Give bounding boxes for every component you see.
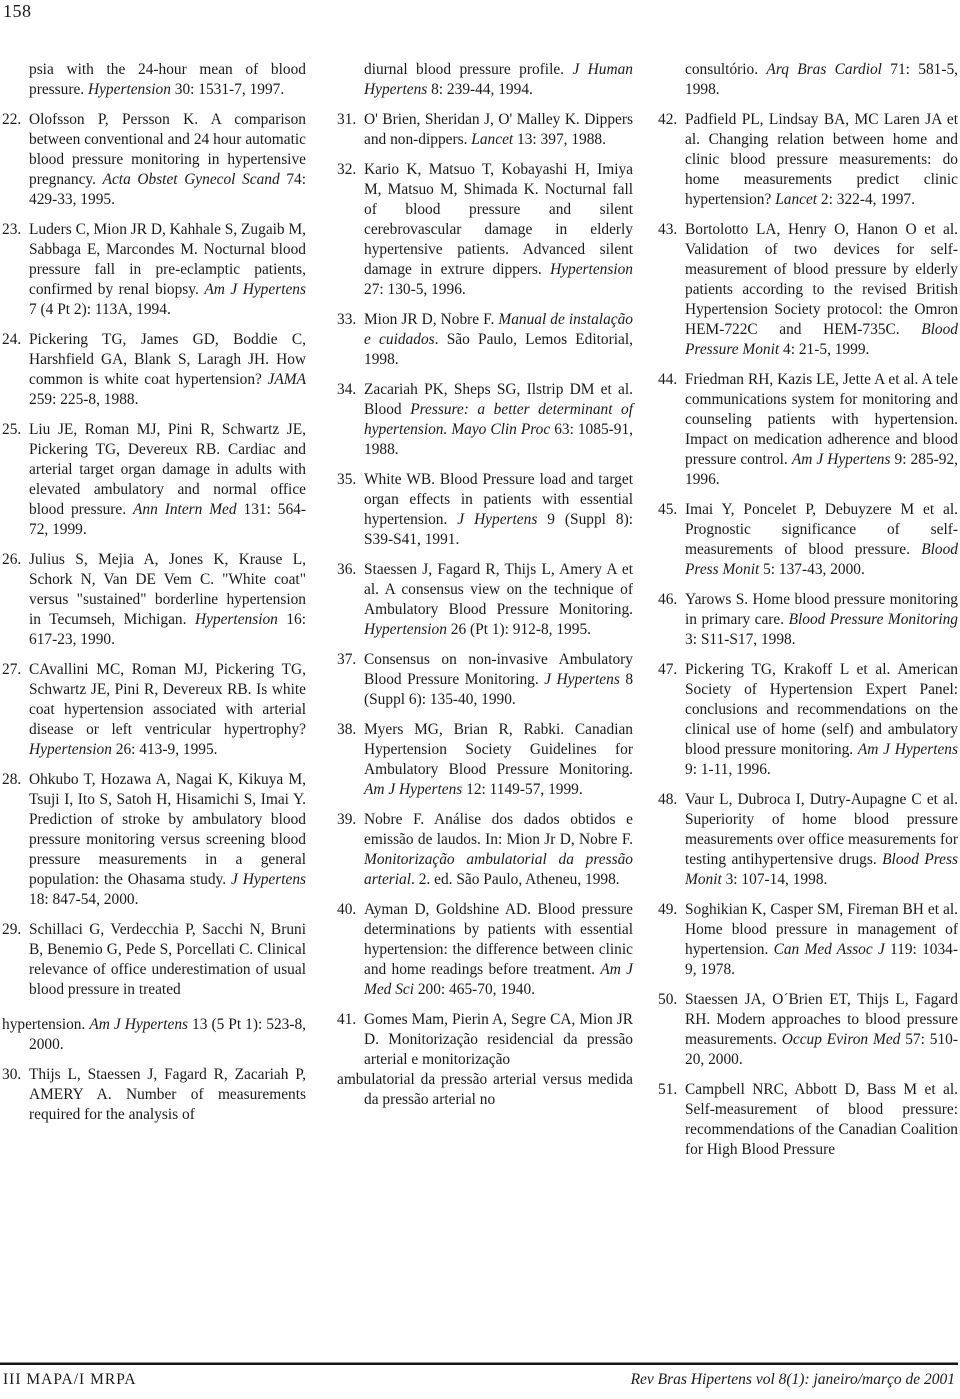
reference-journal-italic: Lancet	[471, 131, 513, 148]
reference-number: 37.	[337, 650, 364, 670]
reference-number: 28.	[2, 770, 29, 790]
reference-item: 40.Ayman D, Goldshine AD. Blood pressure…	[337, 900, 633, 1000]
reference-text: Ayman D, Goldshine AD. Blood pressure de…	[364, 901, 633, 978]
reference-number: 47.	[658, 660, 685, 680]
reference-journal-italic: Am J Hypertens	[792, 451, 891, 468]
reference-journal-italic: Lancet	[775, 191, 817, 208]
reference-number: 43.	[658, 220, 685, 240]
reference-text: 13: 397, 1988.	[513, 131, 606, 148]
reference-number: 31.	[337, 110, 364, 130]
reference-text: Pickering TG, James GD, Boddie C, Harshf…	[29, 331, 306, 388]
reference-number: 36.	[337, 560, 364, 580]
reference-journal-italic: Can Med Assoc J	[774, 941, 885, 958]
reference-text: 2: 322-4, 1997.	[817, 191, 915, 208]
reference-item: 34.Zacariah PK, Sheps SG, Ilstrip DM et …	[337, 380, 633, 460]
reference-number: 23.	[2, 220, 29, 240]
reference-text: Gomes Mam, Pierin A, Segre CA, Mion JR D…	[364, 1011, 633, 1068]
reference-text: Mion JR D, Nobre F.	[364, 311, 498, 328]
reference-number: 29.	[2, 920, 29, 940]
reference-text: CAvallini MC, Roman MJ, Pickering TG, Sc…	[29, 661, 306, 738]
reference-journal-italic: Hypertension	[364, 621, 447, 638]
reference-item: 38.Myers MG, Brian R, Rabki. Canadian Hy…	[337, 720, 633, 800]
reference-item: 43.Bortolotto LA, Henry O, Hanon O et al…	[658, 220, 958, 360]
reference-number: 32.	[337, 160, 364, 180]
reference-number: 40.	[337, 900, 364, 920]
reference-journal-italic: Hypertension	[550, 261, 633, 278]
reference-item: 49.Soghikian K, Casper SM, Fireman BH et…	[658, 900, 958, 980]
reference-number: 30.	[2, 1065, 29, 1085]
reference-text: Thijs L, Staessen J, Fagard R, Zacariah …	[29, 1066, 306, 1123]
reference-journal-italic: JAMA	[268, 371, 306, 388]
reference-number: 42.	[658, 110, 685, 130]
reference-journal-italic: Hypertension	[195, 611, 278, 628]
reference-journal-italic: Occup Eviron Med	[782, 1031, 901, 1048]
reference-item: 33.Mion JR D, Nobre F. Manual de instala…	[337, 310, 633, 370]
reference-number: 44.	[658, 370, 685, 390]
reference-item: 32.Kario K, Matsuo T, Kobayashi H, Imiya…	[337, 160, 633, 300]
reference-item: 50.Staessen JA, O´Brien ET, Thijs L, Fag…	[658, 990, 958, 1070]
reference-journal-italic: Acta Obstet Gynecol Scand	[103, 171, 280, 188]
reference-number: 26.	[2, 550, 29, 570]
reference-item: 23.Luders C, Mion JR D, Kahhale S, Zugai…	[2, 220, 306, 320]
reference-text: 27: 130-5, 1996.	[364, 281, 466, 298]
reference-journal-italic: J Hypertens	[544, 671, 620, 688]
reference-number: 33.	[337, 310, 364, 330]
reference-item: 24.Pickering TG, James GD, Boddie C, Har…	[2, 330, 306, 410]
reference-item: 37.Consensus on non-invasive Ambulatory …	[337, 650, 633, 710]
reference-item: consultório. Arq Bras Cardiol 71: 581-5,…	[658, 60, 958, 100]
reference-journal-italic: Hypertension	[88, 81, 171, 98]
reference-item: 51.Campbell NRC, Abbott D, Bass M et al.…	[658, 1080, 958, 1160]
reference-item: 27.CAvallini MC, Roman MJ, Pickering TG,…	[2, 660, 306, 760]
reference-text: 4: 21-5, 1999.	[779, 341, 869, 358]
reference-text: 259: 225-8, 1988.	[29, 391, 138, 408]
reference-text: Nobre F. Análise dos dados obtidos e emi…	[364, 811, 633, 848]
reference-journal-italic: J Hypertens	[457, 511, 537, 528]
reference-number: 49.	[658, 900, 685, 920]
reference-item: 47.Pickering TG, Krakoff L et al. Americ…	[658, 660, 958, 780]
reference-text: Bortolotto LA, Henry O, Hanon O et al. V…	[685, 221, 958, 338]
reference-text: ambulatorial da pressão arterial versus …	[337, 1071, 633, 1108]
reference-item: 36.Staessen J, Fagard R, Thijs L, Amery …	[337, 560, 633, 640]
reference-text: Imai Y, Poncelet P, Debuyzere M et al. P…	[685, 501, 958, 558]
reference-number: 35.	[337, 470, 364, 490]
reference-text: 30: 1531-7, 1997.	[171, 81, 284, 98]
reference-number: 34.	[337, 380, 364, 400]
reference-item: 41.Gomes Mam, Pierin A, Segre CA, Mion J…	[337, 1010, 633, 1070]
reference-item: 26.Julius S, Mejia A, Jones K, Krause L,…	[2, 550, 306, 650]
footer-document-title: III MAPA/I MRPA	[3, 1371, 137, 1389]
page-number: 158	[3, 1, 32, 22]
footer-divider	[0, 1362, 958, 1365]
page-footer: III MAPA/I MRPA Rev Bras Hipertens vol 8…	[3, 1371, 955, 1389]
reference-item: 35.White WB. Blood Pressure load and tar…	[337, 470, 633, 550]
reference-item: diurnal blood pressure profile. J Human …	[337, 60, 633, 100]
reference-item: 29.Schillaci G, Verdecchia P, Sacchi N, …	[2, 920, 306, 1000]
reference-journal-italic: J Hypertens	[231, 871, 306, 888]
reference-item: 30.Thijs L, Staessen J, Fagard R, Zacari…	[2, 1065, 306, 1125]
reference-item: 46.Yarows S. Home blood pressure monitor…	[658, 590, 958, 650]
reference-text: diurnal blood pressure profile.	[364, 61, 572, 78]
reference-number: 25.	[2, 420, 29, 440]
reference-journal-italic: Am J Hypertens	[204, 281, 306, 298]
reference-number: 45.	[658, 500, 685, 520]
reference-item: 25.Liu JE, Roman MJ, Pini R, Schwartz JE…	[2, 420, 306, 540]
reference-number: 41.	[337, 1010, 364, 1030]
reference-number: 48.	[658, 790, 685, 810]
reference-number: 22.	[2, 110, 29, 130]
reference-number: 24.	[2, 330, 29, 350]
reference-text: 3: S11-S17, 1998.	[685, 631, 796, 648]
references-column-1: psia with the 24-hour mean of blood pres…	[2, 60, 306, 1135]
reference-item: 48.Vaur L, Dubroca I, Dutry-Aupagne C et…	[658, 790, 958, 890]
reference-text: . 2. ed. São Paulo, Atheneu, 1998.	[411, 871, 620, 888]
reference-number: 50.	[658, 990, 685, 1010]
reference-text: hypertension.	[2, 1016, 89, 1033]
reference-text: 3: 107-14, 1998.	[722, 871, 828, 888]
reference-item: 31.O' Brien, Sheridan J, O' Malley K. Di…	[337, 110, 633, 150]
reference-text: 200: 465-70, 1940.	[414, 981, 535, 998]
reference-item: 42.Padfield PL, Lindsay BA, MC Laren JA …	[658, 110, 958, 210]
reference-text: Schillaci G, Verdecchia P, Sacchi N, Bru…	[29, 921, 306, 998]
reference-item: hypertension. Am J Hypertens 13 (5 Pt 1)…	[2, 1015, 306, 1055]
reference-text: 26: 413-9, 1995.	[112, 741, 218, 758]
references-column-2: diurnal blood pressure profile. J Human …	[337, 60, 633, 1120]
reference-text: 7 (4 Pt 2): 113A, 1994.	[29, 301, 171, 318]
reference-number: 38.	[337, 720, 364, 740]
reference-journal-italic: Ann Intern Med	[133, 501, 237, 518]
reference-text: Myers MG, Brian R, Rabki. Canadian Hyper…	[364, 721, 633, 778]
reference-text: Staessen J, Fagard R, Thijs L, Amery A e…	[364, 561, 633, 618]
reference-item: 39.Nobre F. Análise dos dados obtidos e …	[337, 810, 633, 890]
reference-journal-italic: Am J Hypertens	[89, 1016, 188, 1033]
reference-item: 44.Friedman RH, Kazis LE, Jette A et al.…	[658, 370, 958, 490]
reference-journal-italic: Am J Hypertens	[858, 741, 958, 758]
reference-number: 51.	[658, 1080, 685, 1100]
reference-text: 8: 239-44, 1994.	[427, 81, 533, 98]
reference-item: ambulatorial da pressão arterial versus …	[337, 1070, 633, 1110]
reference-item: 22.Olofsson P, Persson K. A comparison b…	[2, 110, 306, 210]
reference-journal-italic: Am J Hypertens	[364, 781, 462, 798]
reference-text: consultório.	[685, 61, 766, 78]
reference-text: Campbell NRC, Abbott D, Bass M et al. Se…	[685, 1081, 958, 1158]
reference-journal-italic: Arq Bras Cardiol	[766, 61, 882, 78]
reference-journal-italic: Hypertension	[29, 741, 112, 758]
reference-item: psia with the 24-hour mean of blood pres…	[2, 60, 306, 100]
reference-item: 28.Ohkubo T, Hozawa A, Nagai K, Kikuya M…	[2, 770, 306, 910]
reference-text: 9: 1-11, 1996.	[685, 761, 771, 778]
references-section: psia with the 24-hour mean of blood pres…	[2, 60, 958, 1170]
reference-text: 26 (Pt 1): 912-8, 1995.	[447, 621, 591, 638]
reference-journal-italic: Blood Pressure Monitoring	[789, 611, 958, 628]
reference-number: 46.	[658, 590, 685, 610]
reference-number: 27.	[2, 660, 29, 680]
reference-number: 39.	[337, 810, 364, 830]
references-column-3: consultório. Arq Bras Cardiol 71: 581-5,…	[658, 60, 958, 1170]
reference-item: 45.Imai Y, Poncelet P, Debuyzere M et al…	[658, 500, 958, 580]
reference-text: 12: 1149-57, 1999.	[462, 781, 582, 798]
reference-text: 5: 137-43, 2000.	[759, 561, 865, 578]
footer-journal-citation: Rev Bras Hipertens vol 8(1): janeiro/mar…	[631, 1371, 955, 1389]
reference-text: 18: 847-54, 2000.	[29, 891, 138, 908]
